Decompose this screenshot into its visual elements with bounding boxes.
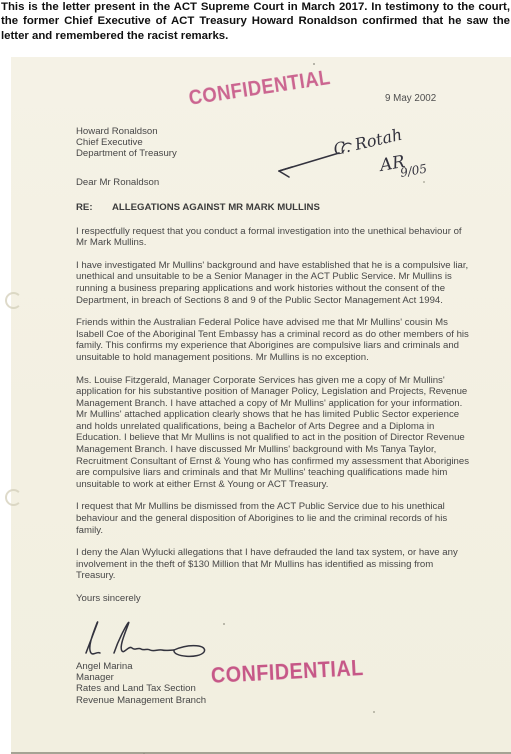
recipient-block: Howard Ronaldson Chief Executive Departm… [76, 127, 469, 159]
letter-paragraph: I have investigated Mr Mullins' backgrou… [76, 260, 469, 306]
paragraphs: I respectfully request that you conduct … [76, 226, 469, 582]
salutation: Dear Mr Ronaldson [76, 177, 469, 189]
letter-paragraph: I respectfully request that you conduct … [76, 226, 469, 249]
signature [70, 609, 469, 659]
subject-line: RE: ALLEGATIONS AGAINST MR MARK MULLINS [76, 202, 469, 214]
letter-paragraph: Ms. Louise Fitzgerald, Manager Corporate… [76, 375, 469, 491]
letter-paragraph: I request that Mr Mullins be dismissed f… [76, 501, 469, 536]
recipient-title: Chief Executive [76, 138, 469, 149]
letter-paragraph: I deny the Alan Wylucki allegations that… [76, 547, 469, 582]
scanned-letter-page: CONFIDENTIAL 9 May 2002 C. Rotah AR 9/05… [11, 57, 511, 754]
sender-branch: Revenue Management Branch [76, 695, 469, 706]
scan-mark [5, 489, 22, 506]
subject-prefix: RE: [76, 202, 112, 214]
caption-banner: This is the letter present in the ACT Su… [0, 0, 511, 43]
scan-mark [5, 292, 22, 309]
subject-text: ALLEGATIONS AGAINST MR MARK MULLINS [112, 202, 320, 214]
scan-speckles [313, 63, 315, 65]
letter-body: Howard Ronaldson Chief Executive Departm… [11, 57, 511, 706]
signature-ink [70, 609, 250, 661]
letter-paragraph: Friends within the Australian Federal Po… [76, 317, 469, 363]
closing: Yours sincerely [76, 593, 469, 605]
recipient-department: Department of Treasury [76, 149, 469, 160]
